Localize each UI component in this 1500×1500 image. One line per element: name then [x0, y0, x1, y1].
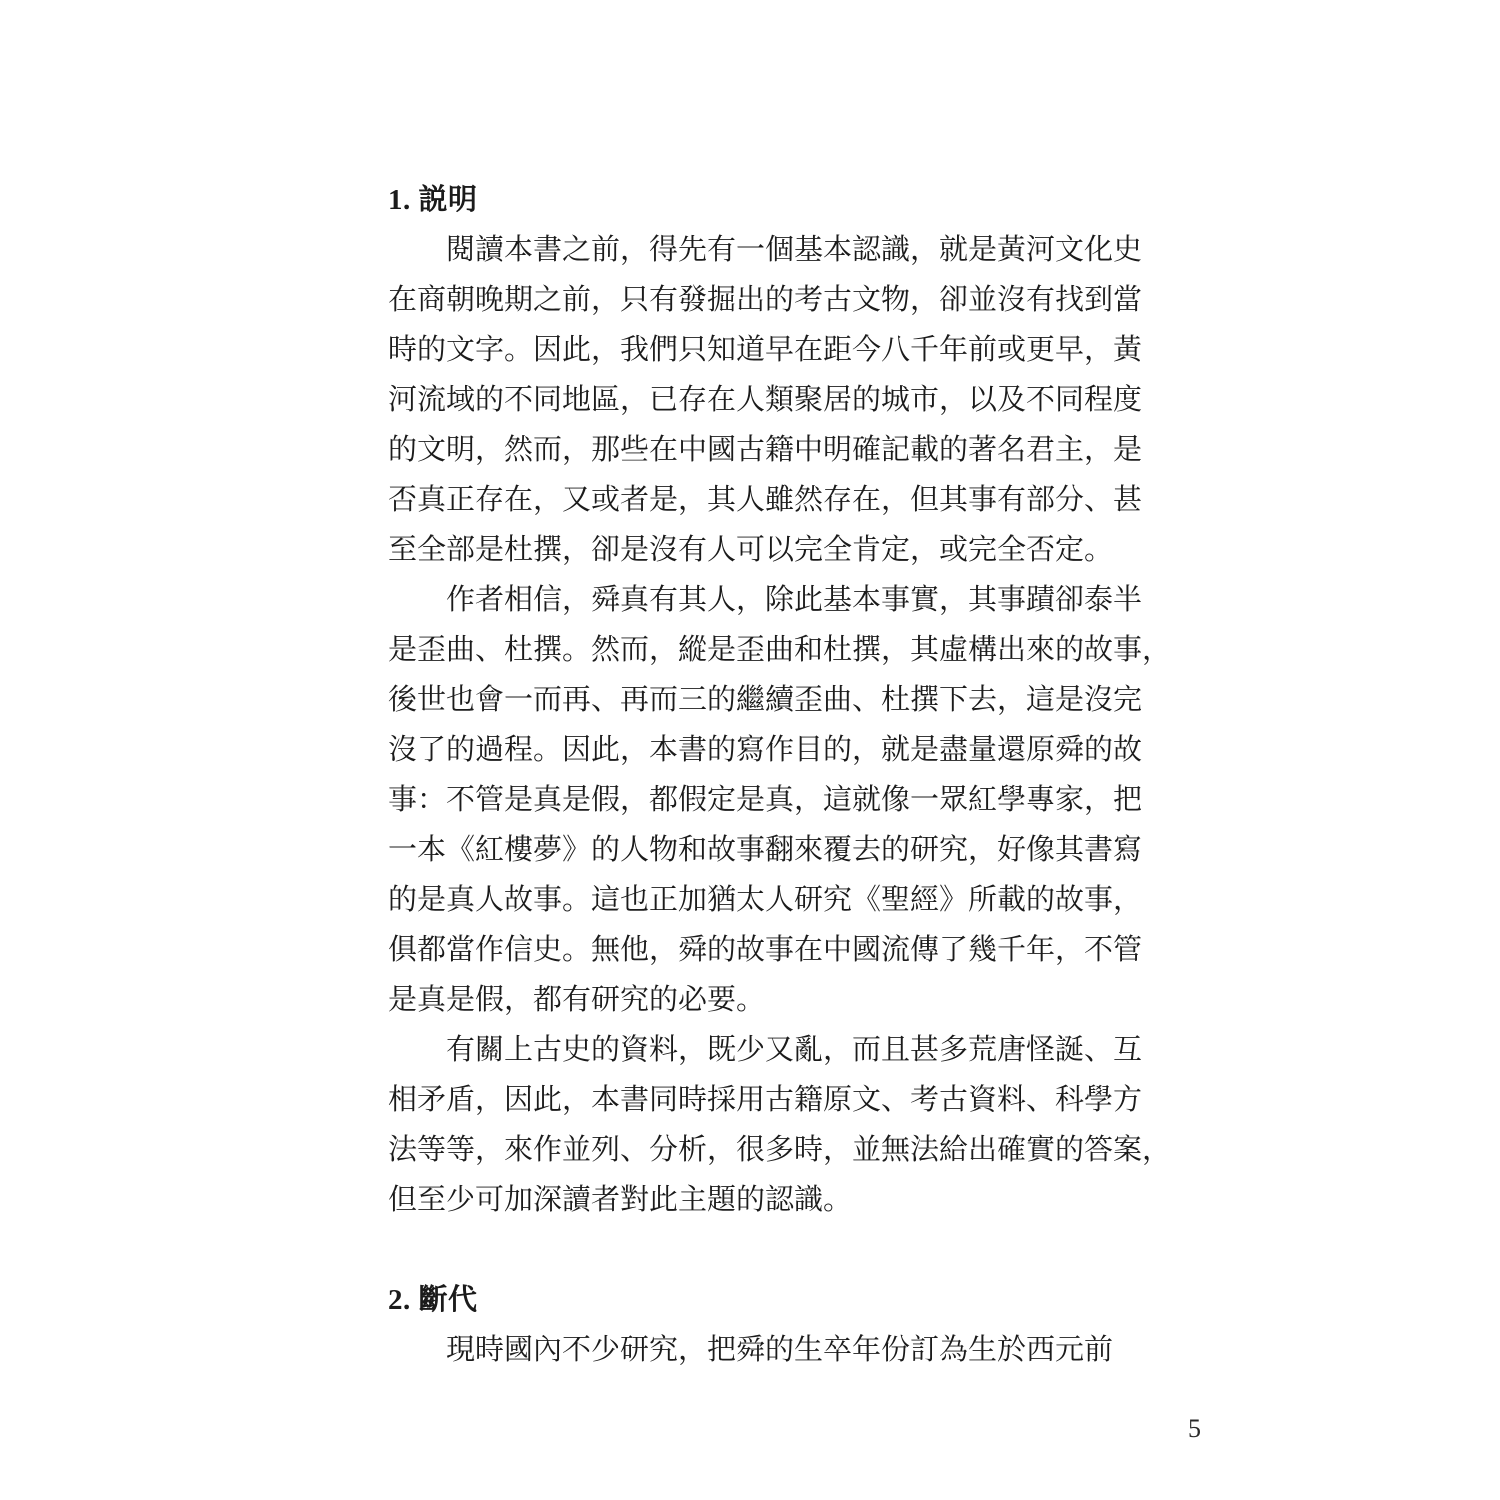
text-line: 河流域的不同地區，已存在人類聚居的城市，以及不同程度: [388, 375, 1148, 425]
section-2-heading: 2. 斷代: [388, 1275, 1148, 1325]
section-1-paragraph-3: 有關上古史的資料，既少又亂，而且甚多荒唐怪誕、互相矛盾，因此，本書同時採用古籍原…: [388, 1025, 1148, 1225]
text-line: 在商朝晚期之前，只有發掘出的考古文物，卻並沒有找到當: [388, 275, 1148, 325]
text-line: 是真是假，都有研究的必要。: [388, 975, 1148, 1025]
text-line: 時的文字。因此，我們只知道早在距今八千年前或更早，黃: [388, 325, 1148, 375]
text-line: 但至少可加深讀者對此主題的認識。: [388, 1175, 1148, 1225]
text-line: 是歪曲、杜撰。然而，縱是歪曲和杜撰，其虛構出來的故事，: [388, 625, 1148, 675]
section-2-paragraph-1: 現時國內不少研究，把舜的生卒年份訂為生於西元前: [388, 1325, 1148, 1375]
text-line: 閱讀本書之前，得先有一個基本認識，就是黃河文化史: [388, 225, 1148, 275]
text-line: 俱都當作信史。無他，舜的故事在中國流傳了幾千年，不管: [388, 925, 1148, 975]
document-page: 1. 説明 閱讀本書之前，得先有一個基本認識，就是黃河文化史在商朝晚期之前，只有…: [0, 0, 1500, 1500]
text-line: 一本《紅樓夢》的人物和故事翻來覆去的研究，好像其書寫: [388, 825, 1148, 875]
text-line: 現時國內不少研究，把舜的生卒年份訂為生於西元前: [388, 1325, 1148, 1375]
text-line: 法等等，來作並列、分析，很多時，並無法給出確實的答案，: [388, 1125, 1148, 1175]
text-line: 作者相信，舜真有其人，除此基本事實，其事蹟卻泰半: [388, 575, 1148, 625]
text-line: 的是真人故事。這也正加猶太人研究《聖經》所載的故事，: [388, 875, 1148, 925]
text-line: 相矛盾，因此，本書同時採用古籍原文、考古資料、科學方: [388, 1075, 1148, 1125]
text-line: 後世也會一而再、再而三的繼續歪曲、杜撰下去，這是沒完: [388, 675, 1148, 725]
text-line: 有關上古史的資料，既少又亂，而且甚多荒唐怪誕、互: [388, 1025, 1148, 1075]
text-line: 的文明，然而，那些在中國古籍中明確記載的著名君主，是: [388, 425, 1148, 475]
text-line: 事：不管是真是假，都假定是真，這就像一眾紅學專家，把: [388, 775, 1148, 825]
section-1-paragraph-2: 作者相信，舜真有其人，除此基本事實，其事蹟卻泰半是歪曲、杜撰。然而，縱是歪曲和杜…: [388, 575, 1148, 1025]
page-number: 5: [1188, 1412, 1201, 1446]
text-line: 否真正存在，又或者是，其人雖然存在，但其事有部分、甚: [388, 475, 1148, 525]
text-block: 1. 説明 閱讀本書之前，得先有一個基本認識，就是黃河文化史在商朝晚期之前，只有…: [388, 175, 1148, 1375]
text-line: 沒了的過程。因此，本書的寫作目的，就是盡量還原舜的故: [388, 725, 1148, 775]
section-1-paragraph-1: 閱讀本書之前，得先有一個基本認識，就是黃河文化史在商朝晚期之前，只有發掘出的考古…: [388, 225, 1148, 575]
section-1-heading: 1. 説明: [388, 175, 1148, 225]
text-line: 至全部是杜撰，卻是沒有人可以完全肯定，或完全否定。: [388, 525, 1148, 575]
